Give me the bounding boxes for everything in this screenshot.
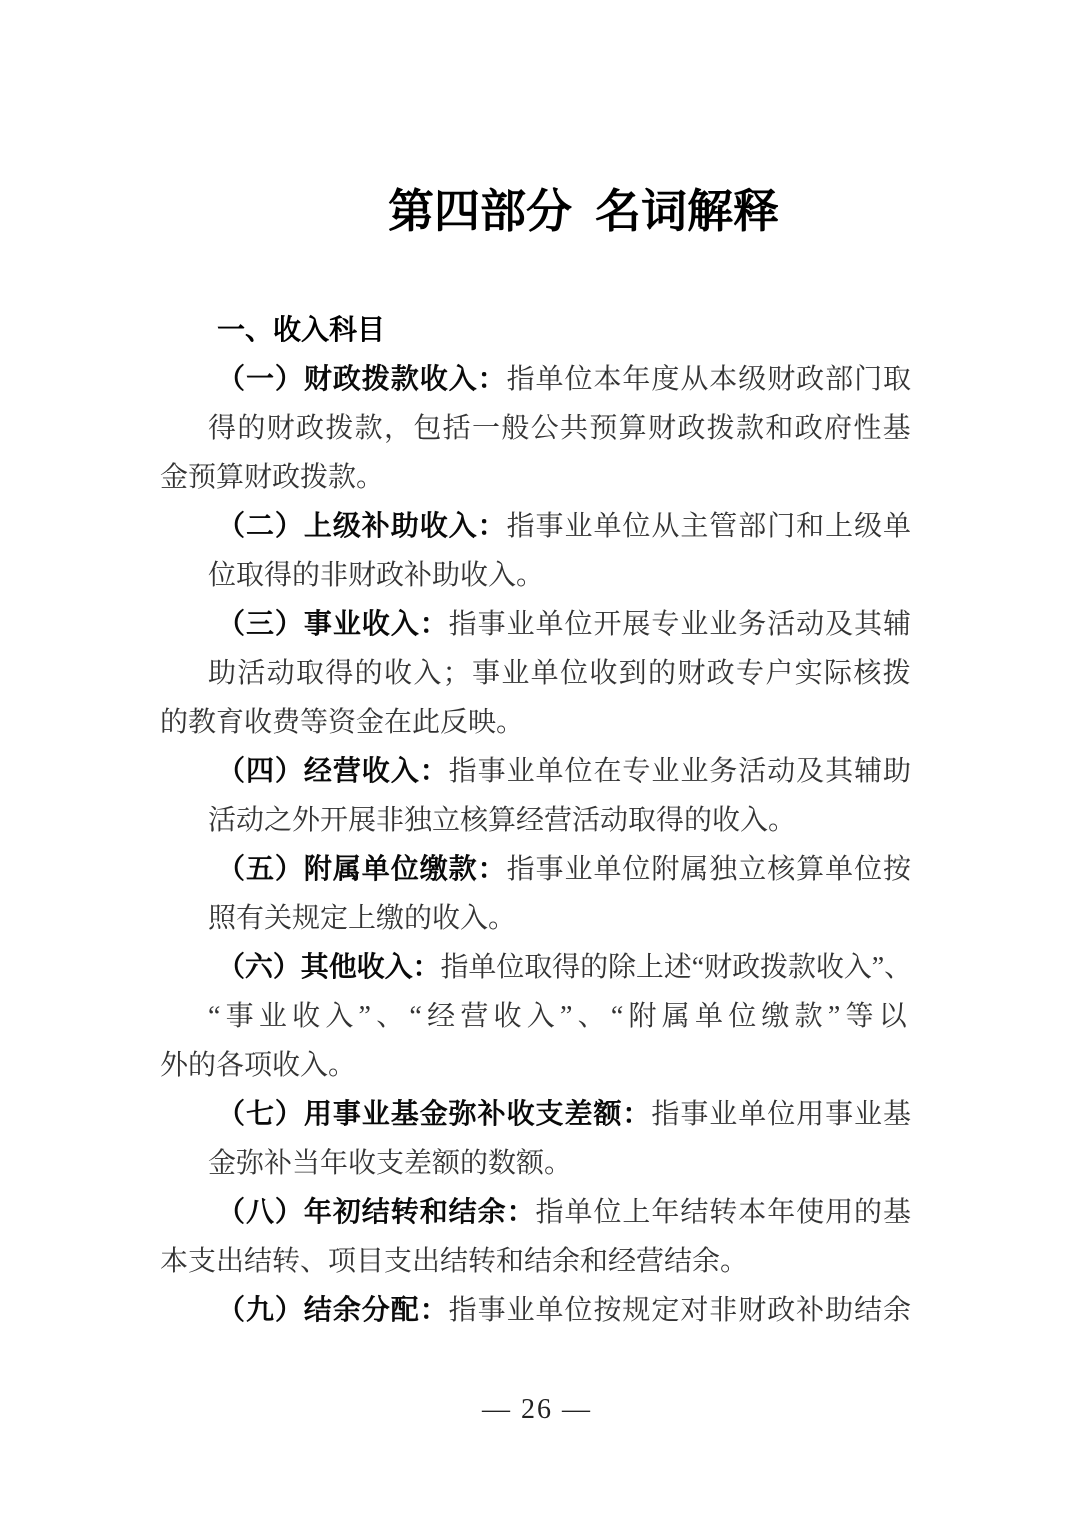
term-label: （七）用事业基金弥补收支差额：: [217, 1099, 651, 1130]
line-content: 金弥补当年收支差额的数额。: [208, 1148, 572, 1179]
document-page: 第四部分 名词解释 一、收入科目 （一）财政拨款收入：指单位本年度从本级财政部门…: [0, 0, 1074, 1520]
definition-line: 活动之外开展非独立核算经营活动取得的收入。: [160, 796, 912, 845]
definition-text: “事业收入”、“经营收入”、“附属单位缴款”等以: [208, 1001, 912, 1032]
definition-text: 本支出结转、项目支出结转和结余和经营结余。: [160, 1246, 748, 1277]
term-label: （五）附属单位缴款：: [217, 854, 507, 885]
definition-line: （五）附属单位缴款：指事业单位附属独立核算单位按: [160, 845, 912, 894]
definition-line: 助活动取得的收入；事业单位收到的财政专户实际核拨: [160, 649, 912, 698]
line-content: 金预算财政拨款。: [160, 462, 384, 493]
definition-line: （一）财政拨款收入：指单位本年度从本级财政部门取: [160, 355, 912, 404]
section-heading: 一、收入科目: [160, 306, 912, 355]
definition-text: 指事业单位开展专业业务活动及其辅: [449, 609, 912, 640]
definition-line: 本支出结转、项目支出结转和结余和经营结余。: [160, 1237, 912, 1286]
page-title: 第四部分 名词解释: [388, 182, 779, 242]
line-content: 活动之外开展非独立核算经营活动取得的收入。: [208, 805, 796, 836]
definition-line: “事业收入”、“经营收入”、“附属单位缴款”等以: [160, 992, 912, 1041]
line-content: 助活动取得的收入；事业单位收到的财政专户实际核拨: [208, 658, 912, 689]
definition-text: 指单位取得的除上述“财政拨款收入”、: [440, 952, 912, 983]
line-content: 得的财政拨款，包括一般公共预算财政拨款和政府性基: [208, 413, 912, 444]
definition-line: （四）经营收入：指事业单位在专业业务活动及其辅助: [160, 747, 912, 796]
definition-line: （九）结余分配：指事业单位按规定对非财政补助结余: [160, 1286, 912, 1335]
definition-line: 位取得的非财政补助收入。: [160, 551, 912, 600]
line-content: （二）上级补助收入：指事业单位从主管部门和上级单: [217, 511, 912, 542]
definition-text: 的教育收费等资金在此反映。: [160, 707, 524, 738]
definition-line: 金预算财政拨款。: [160, 453, 912, 502]
definition-text: 外的各项收入。: [160, 1050, 356, 1081]
definition-text: 活动之外开展非独立核算经营活动取得的收入。: [208, 805, 796, 836]
definition-line: 的教育收费等资金在此反映。: [160, 698, 912, 747]
term-label: （九）结余分配：: [217, 1295, 449, 1326]
definition-line: 金弥补当年收支差额的数额。: [160, 1139, 912, 1188]
definition-text: 指单位上年结转本年使用的基: [536, 1197, 912, 1228]
line-content: 外的各项收入。: [160, 1050, 356, 1081]
line-content: 照有关规定上缴的收入。: [208, 903, 516, 934]
term-label: （四）经营收入：: [217, 756, 449, 787]
definition-text: 助活动取得的收入；事业单位收到的财政专户实际核拨: [208, 658, 912, 689]
definition-line: 外的各项收入。: [160, 1041, 912, 1090]
definition-line: （六）其他收入：指单位取得的除上述“财政拨款收入”、: [160, 943, 912, 992]
term-label: （六）其他收入：: [217, 952, 440, 983]
definition-text: 位取得的非财政补助收入。: [208, 560, 544, 591]
line-content: （六）其他收入：指单位取得的除上述“财政拨款收入”、: [217, 952, 912, 983]
line-content: 的教育收费等资金在此反映。: [160, 707, 524, 738]
line-content: （七）用事业基金弥补收支差额：指事业单位用事业基: [217, 1099, 912, 1130]
definition-text: 指事业单位在专业业务活动及其辅助: [449, 756, 912, 787]
definition-line: （二）上级补助收入：指事业单位从主管部门和上级单: [160, 502, 912, 551]
definition-text: 照有关规定上缴的收入。: [208, 903, 516, 934]
document-body: 一、收入科目 （一）财政拨款收入：指单位本年度从本级财政部门取得的财政拨款，包括…: [160, 306, 912, 1335]
definition-text: 指事业单位用事业基: [651, 1099, 912, 1130]
line-content: “事业收入”、“经营收入”、“附属单位缴款”等以: [208, 1001, 912, 1032]
term-label: （一）财政拨款收入：: [217, 364, 507, 395]
line-content: 位取得的非财政补助收入。: [208, 560, 544, 591]
definition-line: 照有关规定上缴的收入。: [160, 894, 912, 943]
definition-line: 得的财政拨款，包括一般公共预算财政拨款和政府性基: [160, 404, 912, 453]
definition-line: （三）事业收入：指事业单位开展专业业务活动及其辅: [160, 600, 912, 649]
definition-line: （八）年初结转和结余：指单位上年结转本年使用的基: [160, 1188, 912, 1237]
line-content: （九）结余分配：指事业单位按规定对非财政补助结余: [217, 1295, 912, 1326]
definition-text: 金预算财政拨款。: [160, 462, 384, 493]
line-content: （一）财政拨款收入：指单位本年度从本级财政部门取: [217, 364, 912, 395]
definition-text: 得的财政拨款，包括一般公共预算财政拨款和政府性基: [208, 413, 912, 444]
line-content: （四）经营收入：指事业单位在专业业务活动及其辅助: [217, 756, 912, 787]
line-content: （五）附属单位缴款：指事业单位附属独立核算单位按: [217, 854, 912, 885]
definition-text: 指事业单位附属独立核算单位按: [507, 854, 912, 885]
line-content: （三）事业收入：指事业单位开展专业业务活动及其辅: [217, 609, 912, 640]
definition-text: 指单位本年度从本级财政部门取: [507, 364, 912, 395]
definition-line: （七）用事业基金弥补收支差额：指事业单位用事业基: [160, 1090, 912, 1139]
page-number: — 26 —: [0, 1394, 1074, 1426]
term-label: （二）上级补助收入：: [217, 511, 507, 542]
line-content: 本支出结转、项目支出结转和结余和经营结余。: [160, 1246, 748, 1277]
definition-text: 指事业单位按规定对非财政补助结余: [449, 1295, 912, 1326]
line-content: （八）年初结转和结余：指单位上年结转本年使用的基: [217, 1197, 912, 1228]
term-label: （三）事业收入：: [217, 609, 449, 640]
term-label: （八）年初结转和结余：: [217, 1197, 536, 1228]
definition-text: 指事业单位从主管部门和上级单: [507, 511, 912, 542]
definition-text: 金弥补当年收支差额的数额。: [208, 1148, 572, 1179]
